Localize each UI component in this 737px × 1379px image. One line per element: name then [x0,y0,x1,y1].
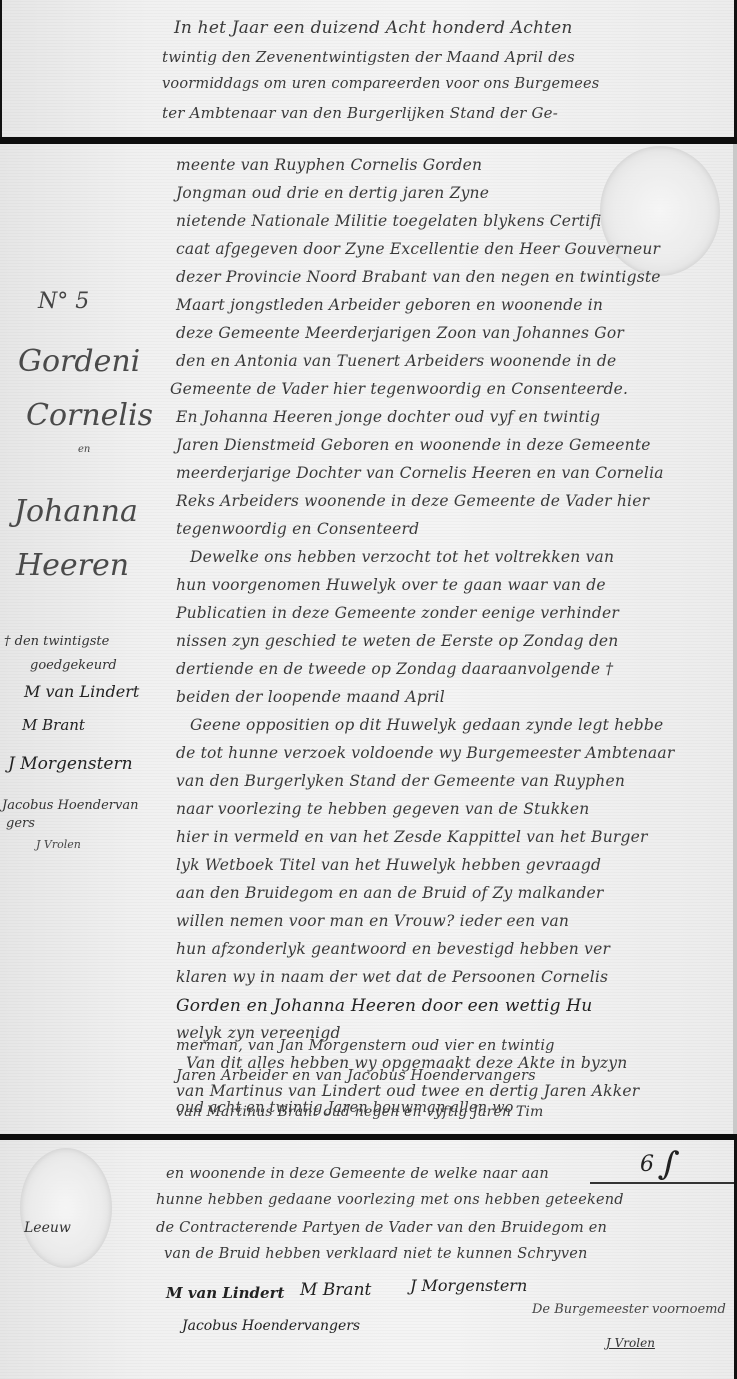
text-line: Geene oppositien op dit Huwelyk gedaan z… [190,716,663,734]
text-line: merman, van Jan Morgenstern oud vier en … [176,1038,555,1054]
text-line: de tot hunne verzoek voldoende wy Burgem… [176,744,674,762]
margin-signature: J Vrolen [36,838,81,851]
signature-witness-4: Jacobus Hoendervangers [182,1318,360,1334]
margin-signature: M Brant [22,716,85,734]
document-scan: In het Jaar een duizend Acht honderd Ach… [0,0,737,1379]
signature-witness-2: M Brant [300,1280,371,1300]
margin-signature: M van Lindert [24,682,139,701]
folio-flourish: ∫ [657,1143,681,1185]
text-line: twintig den Zevenentwintigsten der Maand… [162,48,575,66]
text-line: hunne hebben gedaane voorlezing met ons … [156,1192,624,1208]
text-line: willen nemen voor man en Vrouw? ieder ee… [176,912,569,930]
official-title: De Burgemeester voornoemd [532,1302,726,1317]
text-line: meente van Ruyphen Cornelis Gorden [176,156,482,174]
text-line: klaren wy in naam der wet dat de Persoon… [176,968,608,986]
margin-signature: Jacobus Hoendervan [2,798,139,813]
text-line: deze Gemeente Meerderjarigen Zoon van Jo… [176,324,624,342]
text-line: en woonende in deze Gemeente de welke na… [166,1166,549,1182]
text-line: En Johanna Heeren jonge dochter oud vyf … [176,408,600,426]
margin-given-groom: Cornelis [26,398,153,433]
text-line: Jaren Dienstmeid Geboren en woonende in … [176,436,651,454]
text-line: hun voorgenomen Huwelyk over te gaan waa… [176,576,606,594]
text-line: nietende Nationale Militie toegelaten bl… [176,212,601,230]
text-line: aan den Bruidegom en aan de Bruid of Zy … [176,884,603,902]
text-line: hun afzonderlyk geantwoord en bevestigd … [176,940,610,958]
signature-witness-3: J Morgenstern [410,1276,527,1295]
margin-note: Leeuw [24,1220,71,1236]
text-line: Jaren Arbeider en van Jacobus Hoendervan… [176,1068,536,1084]
text-line: den en Antonia van Tuenert Arbeiders woo… [176,352,616,370]
text-line: tegenwoordig en Consenteerd [176,520,419,538]
text-line: caat afgegeven door Zyne Excellentie den… [176,240,660,258]
text-line: dezer Provincie Noord Brabant van den ne… [176,268,661,286]
text-line: Gemeente de Vader hier tegenwoordig en C… [170,380,628,398]
text-line: nissen zyn geschied te weten de Eerste o… [176,632,619,650]
text-line: Dewelke ons hebben verzocht tot het volt… [190,548,614,566]
text-line: hier in vermeld en van het Zesde Kappitt… [176,828,648,846]
text-line: meerderjarige Dochter van Cornelis Heere… [176,464,664,482]
signature-witness-1: M van Lindert [166,1284,284,1302]
folio-number: 6 [640,1152,654,1177]
text-line: dertiende en de tweede op Zondag daaraan… [176,660,613,678]
text-line: Reks Arbeiders woonende in deze Gemeente… [176,492,649,510]
text-line: voormiddags om uren compareerden voor on… [162,76,599,92]
text-line: van Martinus van Lindert oud twee en der… [176,1082,639,1100]
text-line: Jongman oud drie en dertig jaren Zyne [176,184,489,202]
margin-surname-groom: Gordeni [18,344,140,379]
text-line: ter Ambtenaar van den Burgerlijken Stand… [162,104,558,122]
panel-divider [0,137,737,144]
text-line: lyk Wetboek Titel van het Huwelyk hebben… [176,856,601,874]
text-line: oud acht en twintig Jaren bouwman allen … [176,1100,514,1116]
margin-annotation: goedgekeurd [30,658,117,673]
record-number: N° 5 [38,289,89,314]
text-line: naar voorlezing te hebben gegeven van de… [176,800,589,818]
margin-signature: gers [6,816,35,831]
top-panel: In het Jaar een duizend Acht honderd Ach… [0,0,737,137]
text-line: beiden der loopende maand April [176,688,445,706]
text-line: Maart jongstleden Arbeider geboren en wo… [176,296,603,314]
text-line: In het Jaar een duizend Acht honderd Ach… [174,18,573,38]
margin-surname-bride: Heeren [16,548,129,583]
margin-signature: J Morgenstern [8,754,133,774]
text-line: van den Burgerlyken Stand der Gemeente v… [176,772,625,790]
text-line: van de Bruid hebben verklaard niet te ku… [164,1246,588,1262]
embossed-seal-icon [20,1148,112,1268]
text-line: Gorden en Johanna Heeren door een wettig… [176,996,592,1016]
margin-annotation: † den twintigste [4,634,109,649]
folio-underline [590,1182,737,1184]
bottom-panel: Leeuw 6 ∫ en woonende in deze Gemeente d… [0,1140,737,1379]
text-line: Publicatien in deze Gemeente zonder eeni… [176,604,619,622]
margin-connector: en [78,444,90,455]
text-line: de Contracterende Partyen de Vader van d… [156,1220,607,1236]
signature-official: J Vrolen [606,1336,655,1350]
middle-panel: N° 5 Gordeni Cornelis en Johanna Heeren … [0,144,737,1134]
margin-given-bride: Johanna [14,494,138,529]
